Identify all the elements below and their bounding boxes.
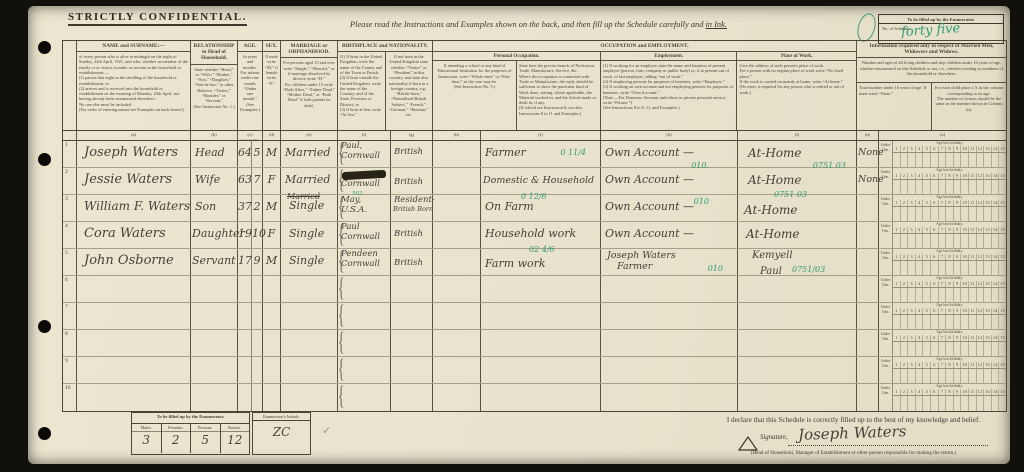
under-one-cell: Under One. (879, 384, 893, 411)
name-entry: John Osborne (77, 249, 190, 268)
birthplace-green-code: 503 (352, 191, 363, 197)
row-number: 2 (63, 168, 77, 194)
cell-empty: { (338, 330, 391, 356)
children-grid-slot: Under One.Age last birthday.123456789101… (879, 276, 1006, 302)
age-mark-cell (968, 342, 976, 356)
age-desc: In years and months. For infants under o… (238, 52, 262, 130)
name-entry: William F. Waters (77, 195, 190, 213)
nationality-line1: Resident- (391, 195, 432, 205)
age-mark-cell (907, 207, 915, 221)
age-mark-cell (915, 396, 923, 411)
children-total-empty (857, 249, 879, 275)
cell-empty (281, 330, 338, 356)
birthplace-group-header: BIRTHPLACE and NATIONALITY. (1) If born … (338, 41, 433, 130)
age-mark-cell (998, 180, 1006, 194)
age-mark-cell (960, 180, 968, 194)
age-mark-cell (983, 369, 991, 383)
females-value: 2 (162, 432, 191, 447)
children-line2: Number and ages of all living children a… (857, 58, 1006, 82)
age-mark-cell (893, 153, 900, 167)
cell-empty (238, 384, 252, 411)
cell-empty (433, 276, 481, 302)
age-mark-cell (922, 207, 930, 221)
age-mark-cell (945, 288, 953, 302)
children-grid-slot: Under One.Age last birthday.123456789101… (879, 330, 1006, 356)
sex-desc: If male write “M,” if female write “F.” (263, 52, 280, 130)
males-cell: Males. 3 (132, 424, 162, 453)
occupation-entry: Household work (481, 222, 600, 240)
nationality-desc: If not born in the United Kingdom state … (386, 52, 433, 130)
age-mark-cell (930, 153, 938, 167)
age-mark-cell (983, 315, 991, 329)
code-c: (c) years.months. (238, 131, 263, 140)
age-mark-cell (983, 342, 991, 356)
occupation-desc: State here the precise branch of Profess… (517, 61, 600, 130)
employment-header: Employment. (1) If working for an employ… (601, 52, 737, 130)
nationality-entry: British (391, 141, 432, 157)
cell-empty: { (338, 276, 391, 302)
table-row: 7 { Under One.Age last birthday.12345678… (63, 303, 1006, 330)
age-mark-cell (893, 180, 900, 194)
children-total-empty (857, 195, 879, 221)
birthplace-brace: { (338, 382, 345, 410)
relationship-desc: State whether “Head,” or “Wife,” “Mother… (191, 65, 237, 130)
cell-empty (857, 276, 879, 302)
age-mark-cell (922, 153, 930, 167)
age-mark-cell (953, 288, 961, 302)
cell-empty (738, 276, 857, 302)
age-mark-cell (968, 207, 976, 221)
age-mark-cell (945, 234, 953, 248)
age-mark-cell (998, 315, 1006, 329)
age-mark-cell (900, 342, 908, 356)
age-mark-cell (953, 261, 961, 275)
age-mark-cell (893, 342, 900, 356)
name-desc: of every person who is alive at midnight… (77, 52, 190, 130)
name-entry-empty (77, 357, 191, 383)
age-mark-cell (968, 369, 976, 383)
age-mark-cell (900, 207, 908, 221)
age-mark-cell (907, 342, 915, 356)
age-mark-cell (968, 288, 976, 302)
code-g: (g) (391, 131, 433, 140)
age-mark-cell (915, 207, 923, 221)
birthplace-line1: Paul, (338, 141, 390, 151)
age-years-entry: 64 (238, 141, 251, 159)
age-mark-cell (983, 234, 991, 248)
cell-empty (252, 330, 263, 356)
age-mark-cell (960, 369, 968, 383)
age-mark-cell (893, 207, 900, 221)
schedule-number-handwritten: forty five (901, 21, 961, 40)
birthplace-line1: Pendeen (338, 249, 390, 259)
age-mark-cell (907, 288, 915, 302)
cell-empty (252, 384, 263, 411)
marriage-entry: Married (281, 168, 337, 186)
age-mark-cell (930, 342, 938, 356)
age-mark-cell (893, 234, 900, 248)
nationality-line2: British Born (391, 205, 432, 213)
sex-entry: M (263, 195, 280, 213)
age-mark-cell (938, 234, 946, 248)
age-mark-cell (976, 261, 984, 275)
age-mark-cell (938, 315, 946, 329)
code-a: (a) (77, 131, 191, 140)
employment-green-code: 010 (694, 197, 709, 206)
cell-empty (252, 357, 263, 383)
persons-cell: Persons. 5 (191, 424, 221, 453)
birthplace-line2: U.S.A. (338, 205, 390, 215)
cell-empty: { (338, 357, 391, 383)
row-number: 9 (63, 357, 77, 383)
age-mark-cell (915, 180, 923, 194)
cell-empty (601, 303, 738, 329)
employment-entry: Own Account — (601, 222, 737, 240)
age-mark-cell (976, 153, 984, 167)
instruction-text: Please read the Instructions and Example… (350, 20, 705, 29)
birthplace-brace: { (338, 139, 345, 167)
cell-empty (857, 384, 879, 411)
age-mark-cell (968, 315, 976, 329)
age-mark-cell (983, 180, 991, 194)
age-mark-cell (938, 342, 946, 356)
age-mark-cell (907, 369, 915, 383)
cell-empty (601, 357, 738, 383)
age-mark-cell (900, 180, 908, 194)
employment-entry: Own Account — (601, 141, 737, 159)
cell-empty (281, 384, 338, 411)
age-mark-cell (907, 180, 915, 194)
rooms-value: 12 (221, 432, 250, 447)
persons-label: Persons. (191, 424, 220, 432)
place-of-work-desc: Give the address of each person's place … (737, 61, 856, 130)
children-age-grid: Under One.Age last birthday.123456789101… (879, 141, 1006, 167)
age-mark-cell (915, 288, 923, 302)
age-mark-cell (998, 234, 1006, 248)
age-mark-cell (915, 369, 923, 383)
punch-hole (38, 427, 51, 440)
age-mark-cell (945, 153, 953, 167)
age-mark-cell (945, 315, 953, 329)
employment-line1: Joseph Waters (601, 249, 737, 261)
age-mark-cell (922, 315, 930, 329)
age-mark-cell (998, 261, 1006, 275)
age-mark-cell (976, 180, 984, 194)
persons-value: 5 (191, 432, 220, 447)
age-mark-cell (991, 342, 999, 356)
occupation-green-code: 0 11/4 (560, 148, 586, 157)
place-of-work-entry: At-Home (738, 141, 856, 160)
children-grid-slot: Under One.Age last birthday.123456789101… (879, 222, 1006, 248)
age-mark-cell (968, 180, 976, 194)
age-mark-cell (960, 342, 968, 356)
name-title: NAME and SURNAME:— (77, 41, 190, 52)
cell-empty (738, 384, 857, 411)
age-mark-cell (960, 396, 968, 411)
sex-title: SEX. (263, 41, 280, 52)
age-mark-cell (998, 369, 1006, 383)
age-mark-cell (893, 396, 900, 411)
marriage-entry: Single (281, 199, 337, 212)
marriage-column-header: MARRIAGE or ORPHANHOOD. For persons aged… (281, 41, 338, 130)
cell-empty (191, 303, 238, 329)
age-months-entry: 9 (252, 249, 262, 267)
children-age-grid: Under One.Age last birthday.123456789101… (879, 222, 1006, 248)
age-mark-cell (953, 342, 961, 356)
children-group-header: Information required only in respect of … (857, 41, 1006, 130)
row-number: 8 (63, 330, 77, 356)
table-header: NAME and SURNAME:— of every person who i… (63, 41, 1006, 131)
age-mark-cell (900, 234, 908, 248)
birthplace-group-title: BIRTHPLACE and NATIONALITY. (338, 41, 432, 52)
education-entry-empty (433, 195, 481, 221)
enumerator-initials-box: Enumerator's Initials. ZC (252, 412, 311, 455)
under-one-cell: Under One. (879, 303, 893, 329)
females-cell: Females. 2 (162, 424, 192, 453)
cell-empty (391, 303, 433, 329)
cell-empty (391, 357, 433, 383)
age-mark-cell (945, 207, 953, 221)
birthplace-desc: (1) If born in the United Kingdom, write… (338, 52, 386, 130)
children-age-grid: Under One.Age last birthday.123456789101… (879, 195, 1006, 221)
cell-empty (281, 357, 338, 383)
age-mark-cell (922, 369, 930, 383)
place-of-work-title: Place of Work. (737, 52, 856, 61)
age-mark-cell (991, 180, 999, 194)
birthplace-brace: { (338, 328, 345, 356)
sex-column-header: SEX. If male write “M,” if female write … (263, 41, 281, 130)
age-mark-cell (983, 396, 991, 411)
age-mark-cell (976, 207, 984, 221)
birthplace-line2: Cornwall (338, 232, 390, 242)
age-mark-cell (915, 315, 923, 329)
cell-empty: { (338, 384, 391, 411)
age-mark-cell (991, 369, 999, 383)
age-mark-cell (983, 153, 991, 167)
age-mark-cell (960, 207, 968, 221)
age-mark-cell (968, 396, 976, 411)
birthplace-line2: Cornwall (338, 259, 390, 269)
children-total-desc: Total number under 16 years of age. If n… (857, 83, 932, 130)
age-mark-cell (945, 396, 953, 411)
age-mark-cell (960, 315, 968, 329)
punch-hole (38, 320, 51, 333)
cell-empty (857, 357, 879, 383)
age-mark-cell (991, 315, 999, 329)
birthplace-line1: Paul (338, 222, 390, 232)
birthplace-brace: { (338, 220, 345, 248)
census-table: NAME and SURNAME:— of every person who i… (62, 40, 1007, 412)
age-mark-cell (922, 288, 930, 302)
children-age-grid: Under One.Age last birthday.123456789101… (879, 330, 1006, 356)
age-mark-cell (900, 288, 908, 302)
row-number: 3 (63, 195, 77, 221)
age-mark-cell (953, 396, 961, 411)
age-mark-cell (991, 261, 999, 275)
age-column-header: AGE. In years and months. For infants un… (238, 41, 263, 130)
age-mark-cell (915, 153, 923, 167)
marriage-entry: Single (281, 249, 337, 267)
age-mark-cell (953, 153, 961, 167)
punch-hole (38, 153, 51, 166)
name-entry: Joseph Waters (77, 141, 190, 160)
age-months-entry: 10 (252, 222, 262, 240)
table-row: 2 Jessie Waters Wife 63 7 F Married { Co… (63, 168, 1006, 195)
cell-empty (252, 276, 263, 302)
nationality-entry: British (391, 222, 432, 239)
age-title: AGE. (238, 41, 262, 52)
children-grid-slot: Under One.Age last birthday.123456789101… (879, 168, 1006, 194)
birthplace-line1: May, (338, 195, 390, 205)
age-mark-cell (953, 315, 961, 329)
age-mark-cell (960, 153, 968, 167)
relationship-entry: Servant (191, 249, 237, 267)
name-entry-empty (77, 330, 191, 356)
age-mark-cell (900, 315, 908, 329)
cell-empty (601, 330, 738, 356)
name-entry-empty (77, 384, 191, 411)
age-mark-cell (938, 369, 946, 383)
males-label: Males. (132, 424, 161, 432)
enumerator-box-title: To be filled up by the Enumerator. (132, 413, 249, 424)
birthplace-brace: { (338, 355, 345, 383)
children-grid-slot: Under One.Age last birthday.123456789101… (879, 384, 1006, 411)
cell-empty (263, 276, 281, 302)
under-one-cell: Under One. (879, 330, 893, 356)
code-k: (k) (601, 131, 738, 140)
confidential-heading: STRICTLY CONFIDENTIAL. (68, 11, 247, 26)
age-mark-cell (907, 234, 915, 248)
marriage-desc: For persons aged 15 and over write “Sing… (281, 58, 337, 130)
sex-entry: M (263, 141, 280, 159)
sex-entry: M (263, 249, 280, 267)
place-of-work-header: Place of Work. Give the address of each … (737, 52, 856, 130)
children-age-grid: Under One.Age last birthday.123456789101… (879, 168, 1006, 194)
age-mark-cell (900, 369, 908, 383)
cell-empty (238, 303, 252, 329)
cell-empty (433, 384, 481, 411)
code-l: (l) (738, 131, 857, 140)
table-row: 3 William F. Waters Son 37 2 M Married S… (63, 195, 1006, 222)
cell-empty (263, 303, 281, 329)
age-mark-cell (976, 396, 984, 411)
table-row: 6 { Under One.Age last birthday.12345678… (63, 276, 1006, 303)
birthplace-brace: { (338, 301, 345, 329)
marriage-title: MARRIAGE or ORPHANHOOD. (281, 41, 337, 58)
age-mark-cell (953, 207, 961, 221)
children-grid-slot: Under One.Age last birthday.123456789101… (879, 195, 1006, 221)
table-row: 9 { Under One.Age last birthday.12345678… (63, 357, 1006, 384)
education-desc: If attending a school or any kind of Edu… (433, 61, 517, 130)
cell-empty (391, 384, 433, 411)
children-grid-slot: Under One.Age last birthday.123456789101… (879, 303, 1006, 329)
education-entry-empty (433, 249, 481, 275)
age-mark-cell (938, 180, 946, 194)
occupation-entry: Domestic & Household (481, 168, 600, 186)
row-number: 1 (63, 141, 77, 167)
triangle-mark (738, 436, 758, 452)
cell-empty (191, 330, 238, 356)
age-mark-cell (930, 288, 938, 302)
cell-empty (263, 384, 281, 411)
cell-empty (481, 330, 601, 356)
cell-empty (481, 357, 601, 383)
personal-occupation-title: Personal Occupation. (433, 52, 600, 61)
census-schedule-scan: { "colors": {"paper": "#eae4ce", "green_… (0, 0, 1024, 472)
age-mark-cell (930, 369, 938, 383)
code-d: (d) (263, 131, 281, 140)
marriage-entry: Single (281, 222, 337, 240)
cell-empty (191, 384, 238, 411)
cell-empty (391, 330, 433, 356)
age-mark-cell (915, 234, 923, 248)
name-entry-empty (77, 276, 191, 302)
age-mark-cell (991, 396, 999, 411)
age-mark-cell (945, 180, 953, 194)
age-mark-cell (983, 261, 991, 275)
children-line1: Information required only in respect of … (857, 41, 1006, 58)
row-number-column-header (63, 41, 77, 130)
children-age-grid: Under One.Age last birthday.123456789101… (879, 384, 1006, 411)
rooms-label: Rooms. (221, 424, 250, 432)
cell-empty (281, 303, 338, 329)
cell-empty (238, 276, 252, 302)
age-mark-cell (976, 369, 984, 383)
signature-label: Signature, (760, 434, 788, 441)
age-months-entry: 2 (252, 195, 262, 213)
age-mark-cell (900, 396, 908, 411)
relationship-entry: Son (191, 195, 237, 213)
age-mark-cell (968, 234, 976, 248)
relationship-entry: Wife (191, 168, 237, 186)
age-mark-cell (930, 396, 938, 411)
code-blank (63, 131, 77, 140)
cell-empty: { (338, 303, 391, 329)
age-mark-cell (991, 153, 999, 167)
children-total-empty (857, 222, 879, 248)
age-mark-cell (960, 288, 968, 302)
place-of-work-entry: At-Home (738, 222, 856, 241)
code-i: (i) (481, 131, 601, 140)
employment-green-code: 010 (708, 264, 723, 273)
age-mark-cell (893, 261, 900, 275)
occupation-group-title: OCCUPATION and EMPLOYMENT. (433, 41, 856, 52)
age-mark-cell (893, 315, 900, 329)
children-total-entry: None (858, 174, 884, 185)
age-years-entry: 19 (238, 222, 251, 240)
personal-occupation-header: Personal Occupation. If attending a scho… (433, 52, 601, 130)
row-number: 10 (63, 384, 77, 411)
cell-empty (738, 330, 857, 356)
age-mark-cell (998, 396, 1006, 411)
marriage-entry: Married (281, 141, 337, 159)
place-green-code: 0751/03 (792, 265, 825, 274)
education-entry-empty (433, 141, 481, 167)
instruction-emphasis: in Ink. (705, 20, 726, 29)
age-mark-cell (938, 153, 946, 167)
age-mark-cell (907, 315, 915, 329)
age-mark-cell (938, 288, 946, 302)
education-entry-empty (433, 168, 481, 194)
cell-empty (601, 276, 738, 302)
age-mark-cell (991, 207, 999, 221)
nationality-entry: British (391, 168, 432, 187)
age-mark-cell (968, 153, 976, 167)
age-mark-cell (976, 288, 984, 302)
age-mark-cell (930, 207, 938, 221)
age-mark-cell (930, 234, 938, 248)
under-one-cell: Under One. (879, 195, 893, 221)
